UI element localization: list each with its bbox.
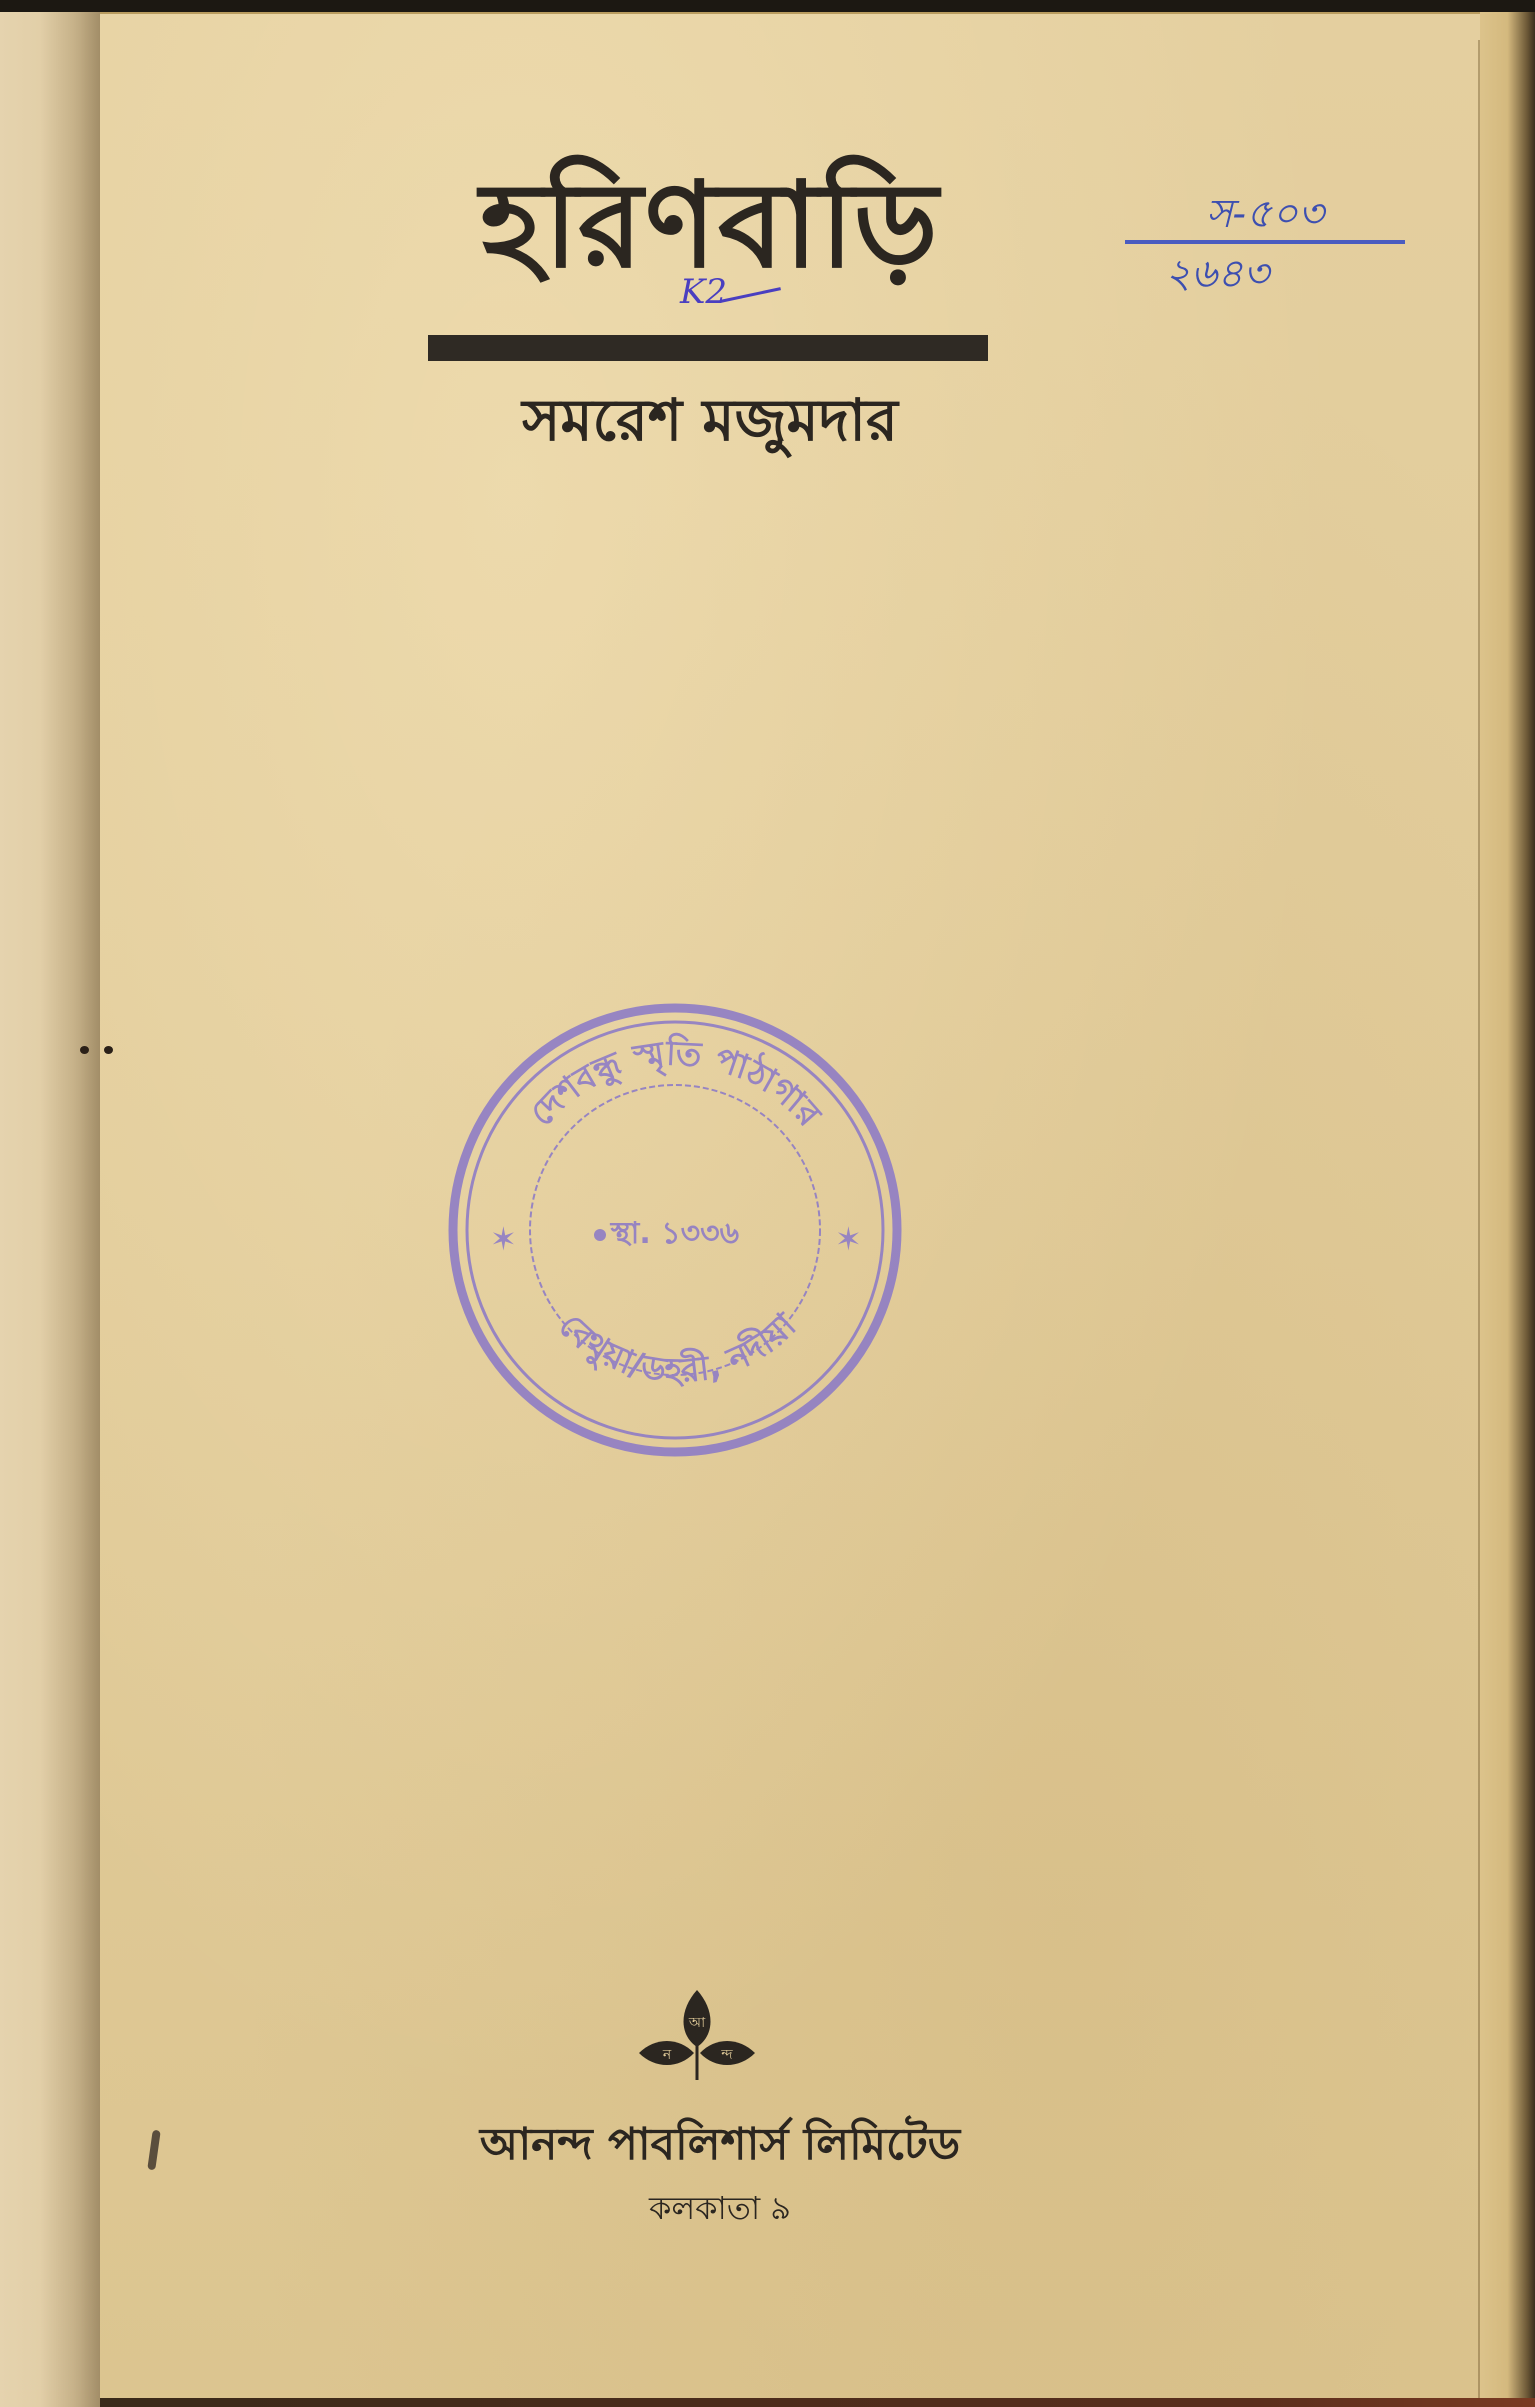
binding-thread-marks bbox=[80, 1046, 120, 1058]
svg-text:বেথুয়া/ডহরী, নদীয়া: বেথুয়া/ডহরী, নদীয়া bbox=[551, 1305, 805, 1392]
call-number-bottom: ২৬৪৩ bbox=[1125, 250, 1405, 298]
book-gutter-shadow bbox=[40, 12, 100, 2407]
svg-text:দেশবন্ধু স্মৃতি পাঠাগার: দেশবন্ধু স্মৃতি পাঠাগার bbox=[522, 1032, 829, 1135]
three-leaf-logo-icon: আ ন ন্দ bbox=[637, 1985, 757, 2085]
scanned-page: হরিণবাড়ি K2 সমরেশ মজুমদার স-৫০৩ ২৬৪৩ দে… bbox=[0, 0, 1535, 2407]
call-number-top: স-৫০৩ bbox=[1125, 190, 1405, 238]
publisher-name: আনন্দ পাবলিশার্স লিমিটেড bbox=[420, 2115, 1020, 2175]
scanner-top-edge bbox=[0, 0, 1535, 12]
library-stamp: দেশবন্ধু স্মৃতি পাঠাগার বেথুয়া/ডহরী, নদ… bbox=[440, 995, 910, 1465]
title-rule bbox=[428, 335, 988, 361]
stamp-star-right-icon: ✶ bbox=[835, 1220, 862, 1258]
book-right-edge bbox=[1480, 12, 1535, 2407]
handwritten-mark: K2 bbox=[680, 272, 727, 312]
publisher-logo: আ ন ন্দ bbox=[637, 1985, 757, 2085]
stamp-star-left-icon: ✶ bbox=[490, 1220, 517, 1258]
stamp-center-text: স্থা. ১৩৩৬ bbox=[610, 1216, 740, 1251]
stamp-top-text: দেশবন্ধু স্মৃতি পাঠাগার bbox=[522, 1032, 829, 1135]
publisher-city: কলকাতা ৯ bbox=[420, 2185, 1020, 2231]
book-bottom-edge bbox=[100, 2398, 1535, 2407]
stamp-dot-icon bbox=[594, 1229, 606, 1241]
library-call-number: স-৫০৩ ২৬৪৩ bbox=[1125, 190, 1405, 298]
logo-letter-left: ন bbox=[662, 2047, 672, 2063]
call-number-rule bbox=[1125, 240, 1405, 244]
logo-letter-top: আ bbox=[688, 2015, 706, 2031]
logo-letter-right: ন্দ bbox=[720, 2047, 733, 2063]
stamp-seal-icon: দেশবন্ধু স্মৃতি পাঠাগার বেথুয়া/ডহরী, নদ… bbox=[440, 995, 910, 1465]
book-author: সমরেশ মজুমদার bbox=[430, 380, 990, 460]
stamp-bottom-text: বেথুয়া/ডহরী, নদীয়া bbox=[551, 1305, 805, 1392]
